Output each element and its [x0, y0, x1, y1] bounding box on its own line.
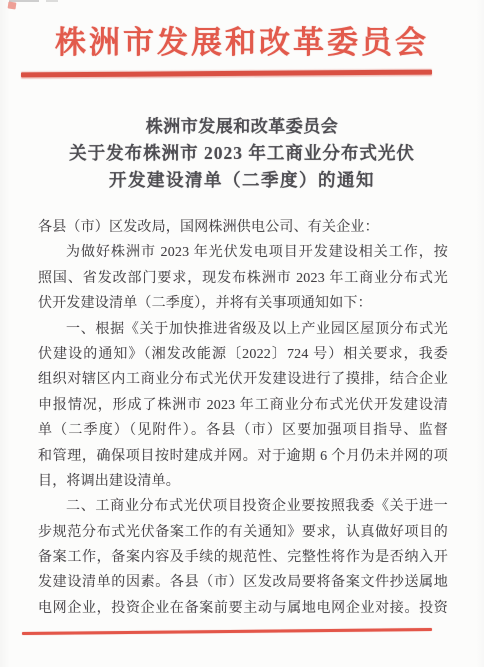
- body-line: 和管理，确保项目按时建成并网。对于逾期 6 个月仍未并网的项: [38, 444, 448, 469]
- body-line: 单（二季度）（见附件）。各县（市）区要加强项目指导、监督: [38, 418, 448, 443]
- body-line: 伏开发建设清单（二季度），并将有关事项通知如下：: [38, 291, 448, 316]
- document-title: 株洲市发展和改革委员会 关于发布株洲市 2023 年工商业分布式光伏 开发建设清…: [0, 113, 484, 194]
- body-line-item-2: 二、工商业分布式光伏项目投资企业要按照我委《关于进一: [38, 494, 448, 519]
- body-line: 电网企业，投资企业在备案前要主动与属地电网企业对接。投资: [38, 596, 448, 621]
- body-line: 照国、省发改部门要求，现发布株洲市 2023 年工商业分布式光: [38, 266, 448, 291]
- body-line: 申报情况，形成了株洲市 2023 年工商业分布式光伏开发建设清: [38, 393, 448, 418]
- scanned-notice-page: 株洲市发展和改革委员会 株洲市发展和改革委员会 关于发布株洲市 2023 年工商…: [0, 0, 484, 667]
- body-line: 发建设清单的因素。各县（市）区发改局要将备案文件抄送属地: [38, 570, 448, 595]
- letterhead-agency-name: 株洲市发展和改革委员会: [0, 17, 484, 62]
- notice-body: 各县（市）区发改局，国网株洲供电公司、有关企业： 为做好株洲市 2023 年光伏…: [38, 215, 448, 621]
- scan-artifact-dash: [46, 0, 58, 2]
- body-line: 备案工作，备案内容及手续的规范性、完整性将作为是否纳入开: [38, 545, 448, 570]
- document-title-line-3: 开发建设清单（二季度）的通知: [0, 167, 484, 194]
- body-line: 目，将调出建设清单。: [38, 469, 448, 494]
- body-line: 为做好株洲市 2023 年光伏发电项目开发建设相关工作，按: [38, 240, 448, 265]
- document-title-line-2: 关于发布株洲市 2023 年工商业分布式光伏: [0, 140, 484, 167]
- body-line-item-1: 一、根据《关于加快推进省级及以上产业园区屋顶分布式光: [38, 317, 448, 342]
- body-line: 伏建设的通知》（湘发改能源〔2022〕724 号）相关要求，我委: [38, 342, 448, 367]
- body-line-recipients: 各县（市）区发改局，国网株洲供电公司、有关企业：: [38, 215, 448, 240]
- scan-artifact-red-mark: [8, 1, 17, 9]
- letterhead-red-rule: [21, 70, 432, 77]
- body-line: 步规范分布式光伏备案工作的有关通知》要求，认真做好项目的: [38, 520, 448, 545]
- page-bottom-red-rule: [22, 628, 432, 635]
- body-line: 组织对辖区内工商业分布式光伏开发建设进行了摸排，结合企业: [38, 367, 448, 392]
- document-title-line-1: 株洲市发展和改革委员会: [0, 113, 484, 140]
